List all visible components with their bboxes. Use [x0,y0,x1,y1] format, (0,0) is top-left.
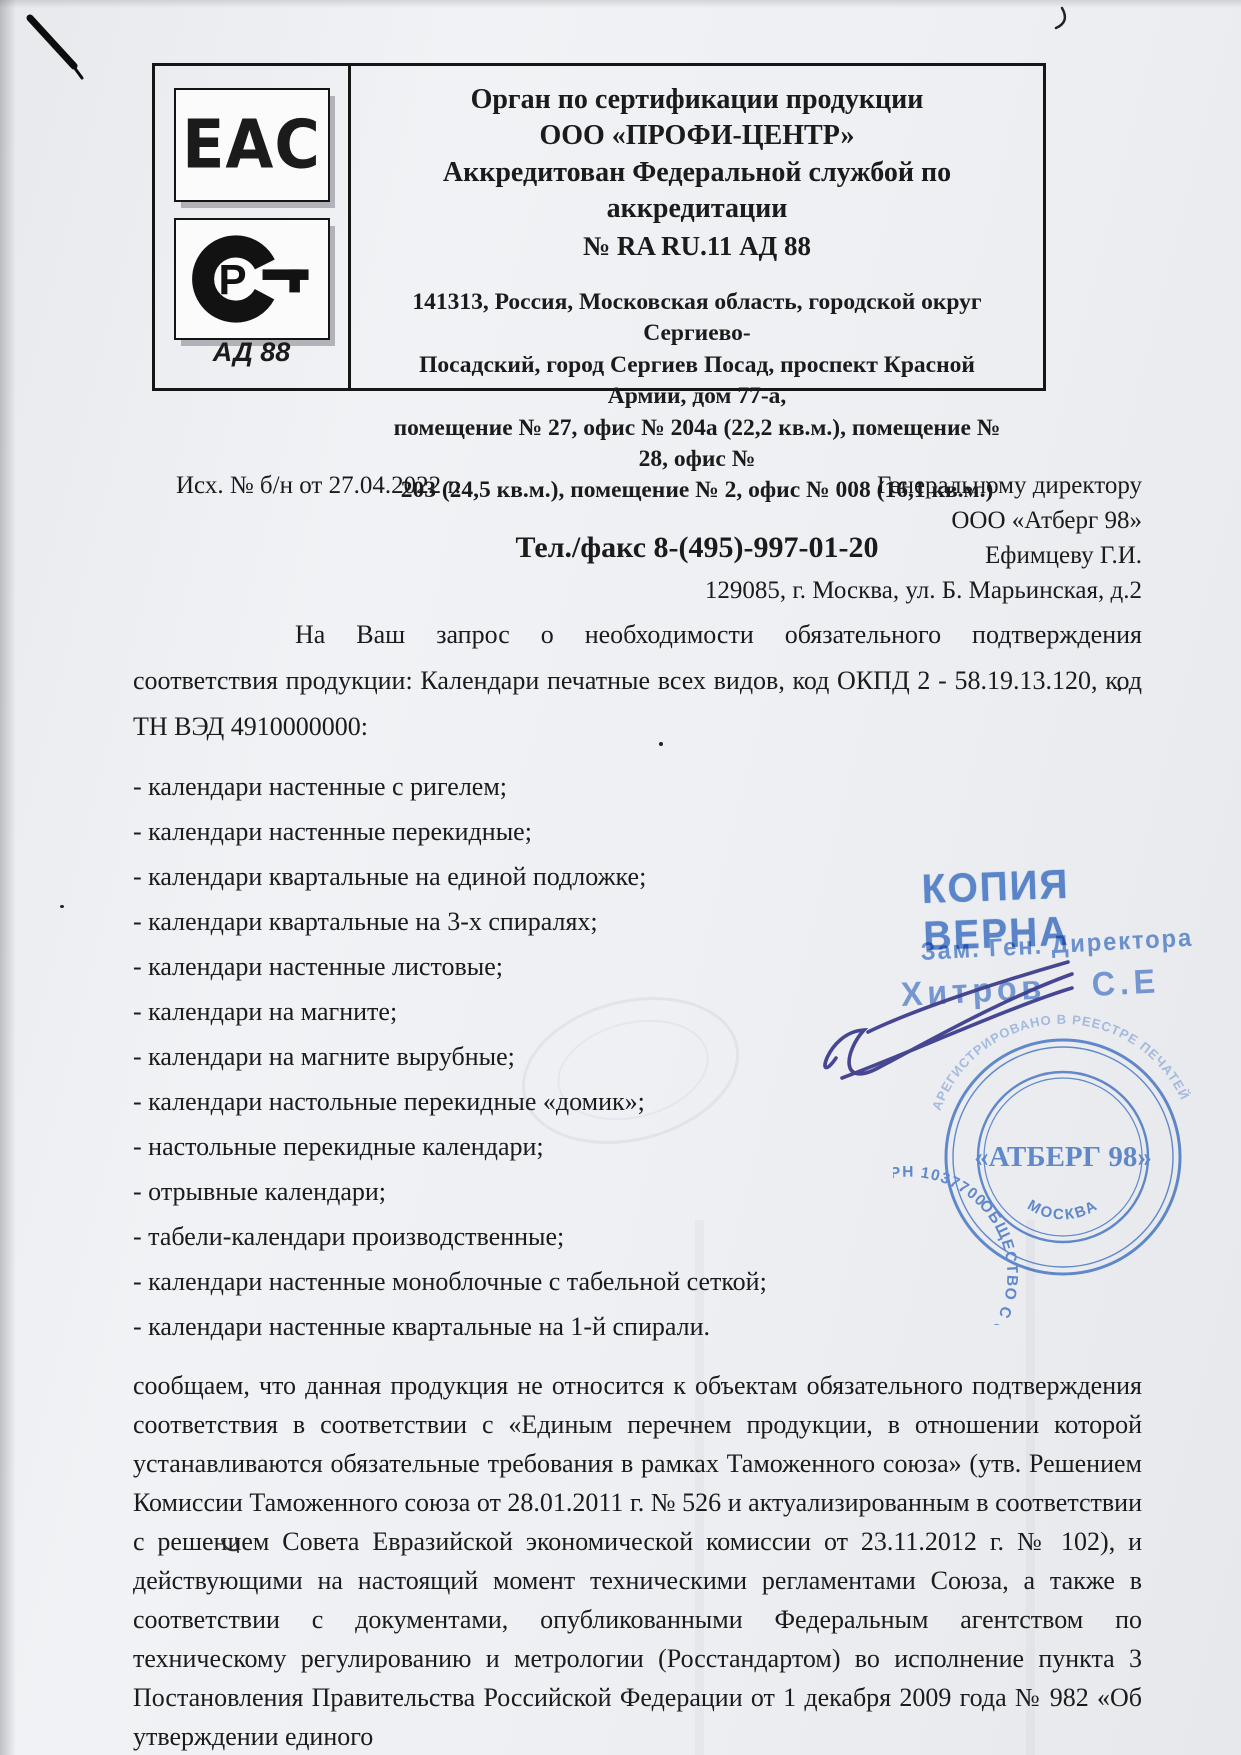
list-item: - календари настенные перекидные; [133,817,1142,847]
handwritten-signature [820,946,1090,1106]
recipient-line: ООО «Атберг 98» [705,503,1142,538]
recipient-line: 129085, г. Москва, ул. Б. Марьинская, д.… [705,573,1142,608]
scan-speck [60,905,64,908]
accreditation-code-label: АД 88 [155,337,348,368]
org-title-line3: Аккредитован Федеральной службой по аккр… [377,155,1017,228]
org-title-line2: ООО «ПРОФИ-ЦЕНТР» [377,118,1017,154]
scanned-letter-page: ЕАС Р АД 88 Орган по сертификации продук… [0,0,1241,1755]
org-address-line: Посадский, город Сергиев Посад, проспект… [377,350,1017,413]
recipient-block: Генеральному директору ООО «Атберг 98» Е… [705,468,1142,608]
letterhead-text-column: Орган по сертификации продукции ООО «ПРО… [351,66,1043,388]
letterhead-box: ЕАС Р АД 88 Орган по сертификации продук… [152,63,1046,391]
intro-paragraph: На Ваш запрос о необходимости обязательн… [133,612,1142,750]
scan-artifact-corner-mark [1040,4,1076,38]
org-address-line: помещение № 27, офис № 204а (22,2 кв.м.)… [377,413,1017,476]
scan-artifact-pen-mark [18,8,108,93]
rst-logo-icon: Р [189,233,315,325]
rst-logo-frame: Р [174,218,330,340]
conclusion-paragraph: сообщаем, что данная продукция не относи… [133,1366,1142,1755]
scan-edge-shade-left [0,0,16,1755]
round-stamp-center-text: «АТБЕРГ 98» [974,1141,1152,1173]
letter-meta-row: Исх. № б/н от 27.04.2022 г. Генеральному… [176,468,1142,608]
letterhead-logo-column: ЕАС Р АД 88 [155,66,351,388]
accreditation-number: № RA RU.11 АД 88 [377,231,1017,262]
outgoing-number: Исх. № б/н от 27.04.2022 г. [176,468,461,608]
org-address-line: 141313, Россия, Московская область, горо… [377,287,1017,350]
org-title-line1: Орган по сертификации продукции [377,82,1017,118]
eac-logo: ЕАС [182,112,321,179]
recipient-line: Ефимцеву Г.И. [705,538,1142,573]
eac-logo-frame: ЕАС [174,88,330,202]
recipient-line: Генеральному директору [705,468,1142,503]
list-item: - календари настенные с ригелем; [133,772,1142,802]
svg-text:Р: Р [218,256,246,303]
